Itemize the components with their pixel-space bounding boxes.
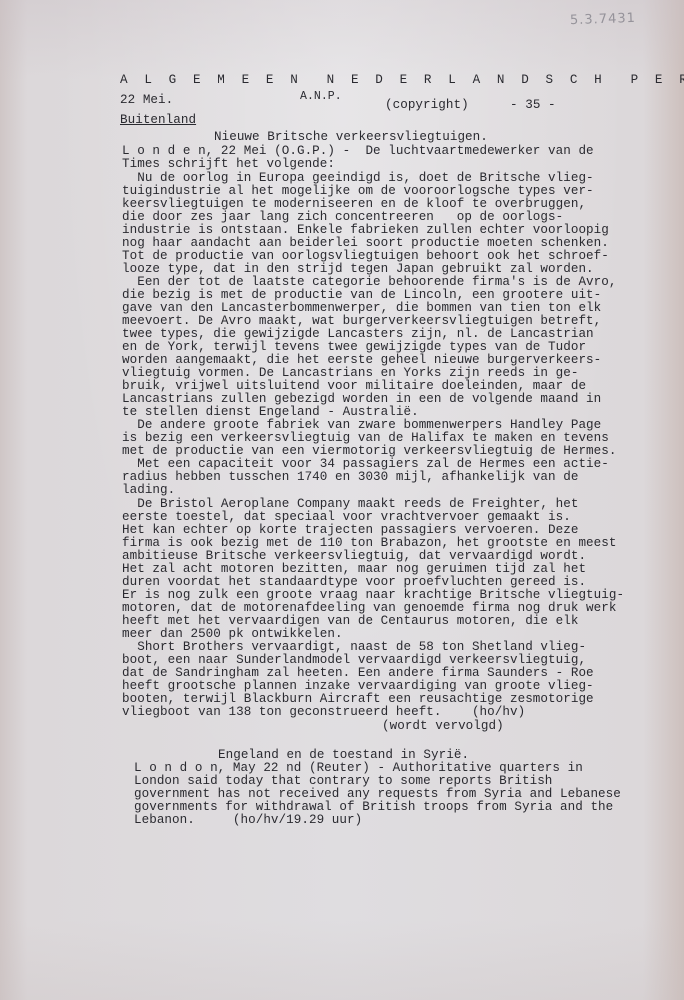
text-line: radius hebben tusschen 1740 en 3030 mijl… [122,471,578,484]
text-line: vliegboot van 138 ton geconstrueerd heef… [122,706,525,719]
text-line: Times schrijft het volgende: [122,158,335,171]
copyright-label: (copyright) [385,99,469,112]
article-title: Nieuwe Britsche verkeersvliegtuigen. [214,131,488,144]
section-label: Buitenland [120,114,196,127]
continued-note: (wordt vervolgd) [382,720,504,733]
page-number: - 35 - [510,99,556,112]
text-line: lading. [122,484,175,497]
document-page: 5.3.7431 A L G E M E E N N E D E R L A N… [0,0,684,1000]
agency-heading: A L G E M E E N N E D E R L A N D S C H … [120,74,684,87]
archive-number: 5.3.7431 [570,11,636,28]
date-line: 22 Mei. [120,94,173,107]
text-line: Lebanon. (ho/hv/19.29 uur) [134,814,362,827]
agency-abbrev: A.N.P. [300,90,342,103]
